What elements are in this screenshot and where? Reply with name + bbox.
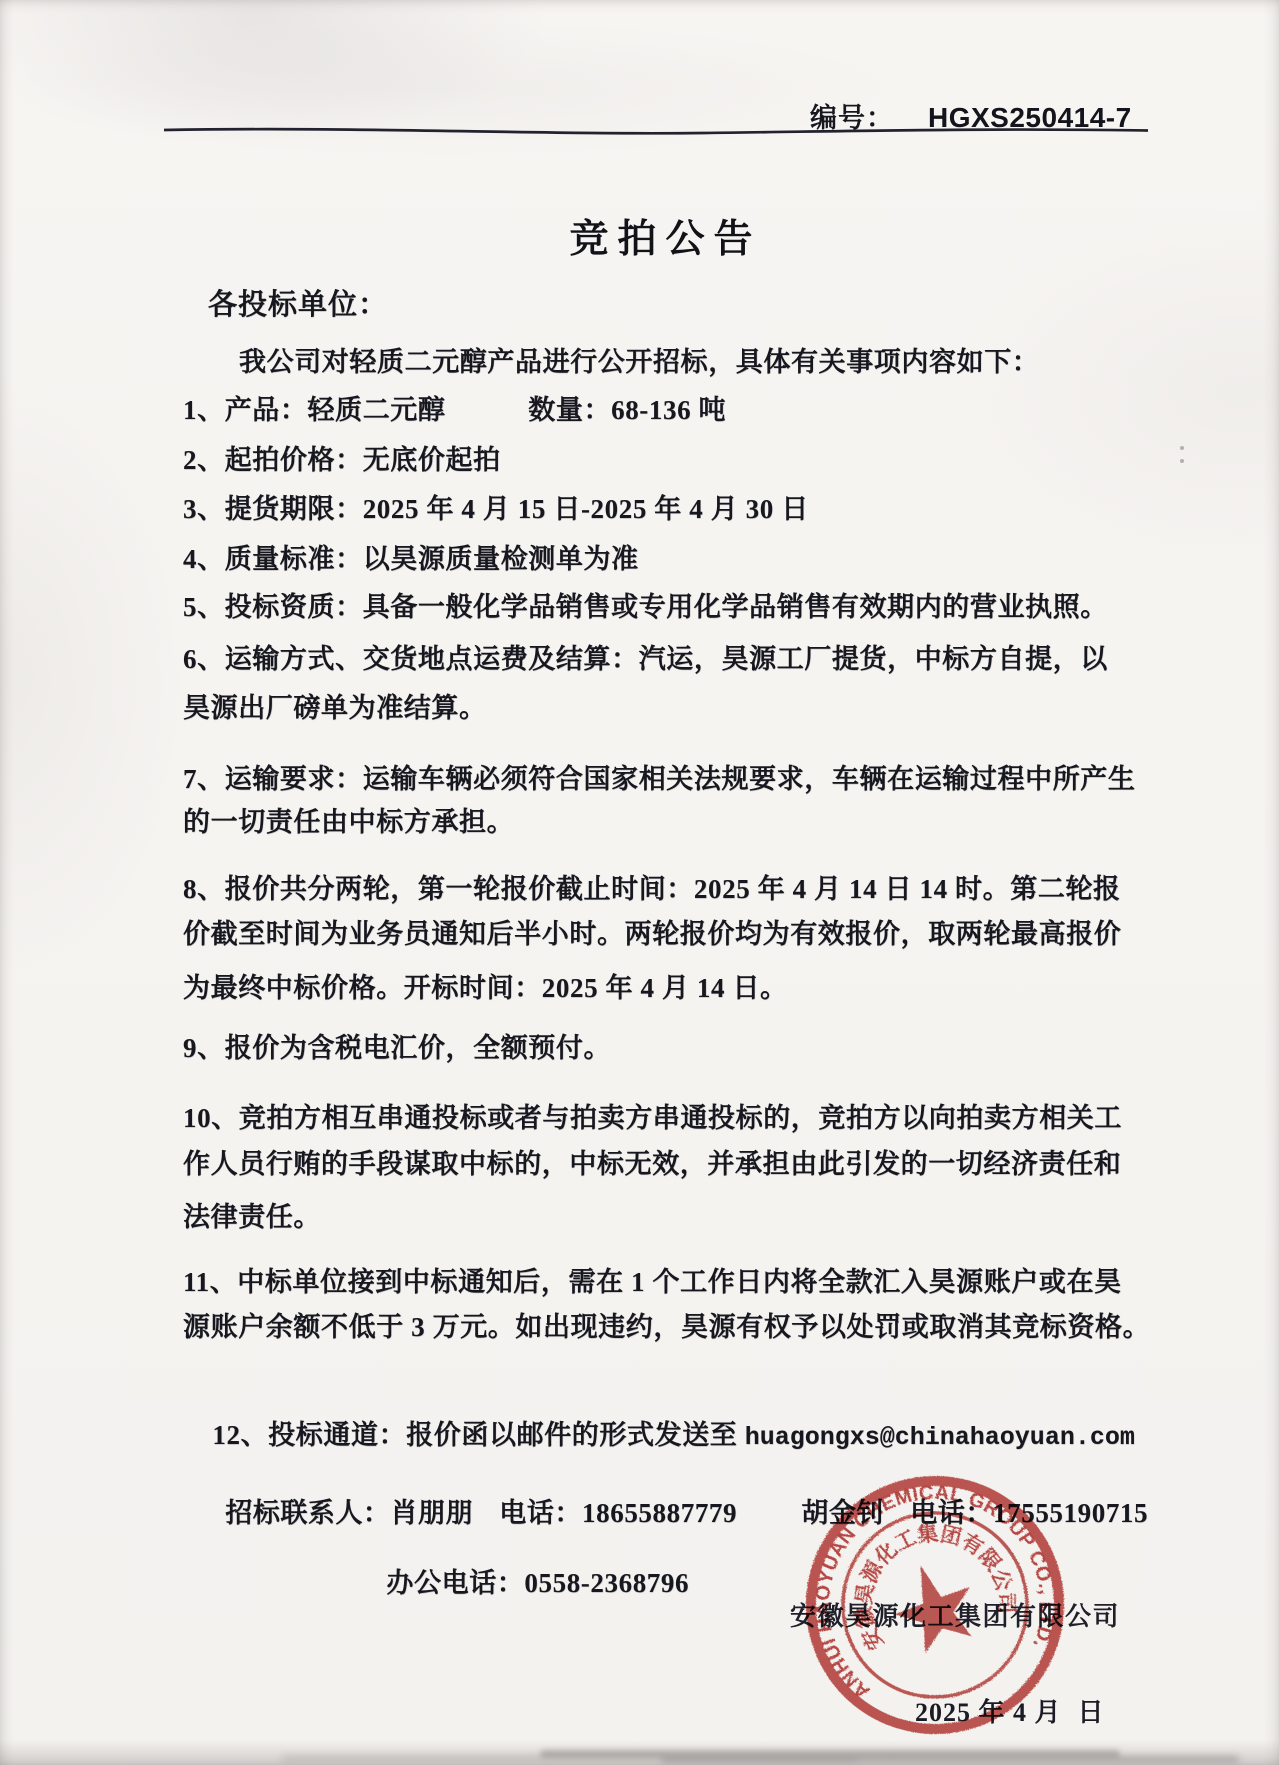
item-9: 9、报价为含税电汇价，全额预付。 — [183, 1026, 611, 1065]
company-seal-stamp: ANHUI HAOYUAN CHEMICAL GROUP CO., LTD. 安… — [795, 1465, 1075, 1745]
contact-label: 招标联系人： — [225, 1498, 390, 1528]
item-1: 1、产品：轻质二元醇 数量：68-136 吨 — [183, 388, 726, 427]
item-7-line-1: 7、运输要求：运输车辆必须符合国家相关法规要求，车辆在运输过程中所产生 — [183, 757, 1136, 796]
seal-star-icon — [886, 1556, 981, 1657]
salutation: 各投标单位： — [208, 282, 388, 323]
scan-bottom-smudge — [540, 1750, 1120, 1758]
item-10-line-2: 作人员行贿的手段谋取中标的，中标无效，并承担由此引发的一切经济责任和 — [183, 1142, 1121, 1181]
office-phone-number: 0558-2368796 — [524, 1568, 689, 1598]
phone-label-1: 电话： — [499, 1498, 582, 1528]
item-4: 4、质量标准：以昊源质量检测单为准 — [183, 537, 639, 576]
header-rule — [164, 122, 1148, 138]
page-title: 竞拍公告 — [26, 208, 1279, 264]
item-12-text: 12、投标通道：报价函以邮件的形式发送至 — [212, 1420, 744, 1450]
item-11-line-1: 11、中标单位接到中标通知后，需在 1 个工作日内将全款汇入昊源账户或在昊 — [183, 1260, 1122, 1299]
date-suffix: 日 — [1078, 1698, 1105, 1727]
intro-paragraph: 我公司对轻质二元醇产品进行公开招标，具体有关事项内容如下： — [239, 340, 1039, 379]
item-8-line-2: 价截至时间为业务员通知后半小时。两轮报价均为有效报价，取两轮最高报价 — [183, 912, 1121, 951]
office-phone-label: 办公电话： — [386, 1568, 524, 1598]
item-11-line-2: 源账户余额不低于 3 万元。如出现违约，昊源有权予以处罚或取消其竞标资格。 — [183, 1305, 1150, 1344]
item-8-line-1: 8、报价共分两轮，第一轮报价截止时间：2025 年 4 月 14 日 14 时。… — [183, 867, 1121, 906]
item-8-line-3: 为最终中标价格。开标时间：2025 年 4 月 14 日。 — [183, 966, 788, 1005]
item-3: 3、提货期限：2025 年 4 月 15 日-2025 年 4 月 30 日 — [183, 487, 809, 526]
phone-number-1: 18655887779 — [582, 1498, 737, 1528]
item-10-line-3: 法律责任。 — [183, 1195, 321, 1234]
item-6-line-1: 6、运输方式、交货地点运费及结算：汽运，昊源工厂提货，中标方自提，以 — [183, 637, 1108, 676]
scanned-document-page: 编号： HGXS250414-7 竞拍公告 各投标单位： 我公司对轻质二元醇产品… — [0, 0, 1279, 1765]
office-phone-row: 办公电话：0558-2368796 — [357, 1530, 689, 1631]
contact-name-1: 肖朋朋 — [390, 1498, 473, 1528]
scan-noise-mark — [1180, 446, 1185, 464]
item-2: 2、起拍价格：无底价起拍 — [183, 438, 501, 477]
item-7-line-2: 的一切责任由中标方承担。 — [183, 800, 514, 839]
item-10-line-1: 10、竞拍方相互串通投标或者与拍卖方串通投标的，竞拍方以向拍卖方相关工 — [183, 1096, 1122, 1135]
item-6-line-2: 昊源出厂磅单为准结算。 — [183, 686, 487, 725]
item-5: 5、投标资质：具备一般化学品销售或专用化学品销售有效期内的营业执照。 — [183, 585, 1108, 624]
bid-email: huagongxs@chinahaoyuan.com — [745, 1423, 1135, 1452]
